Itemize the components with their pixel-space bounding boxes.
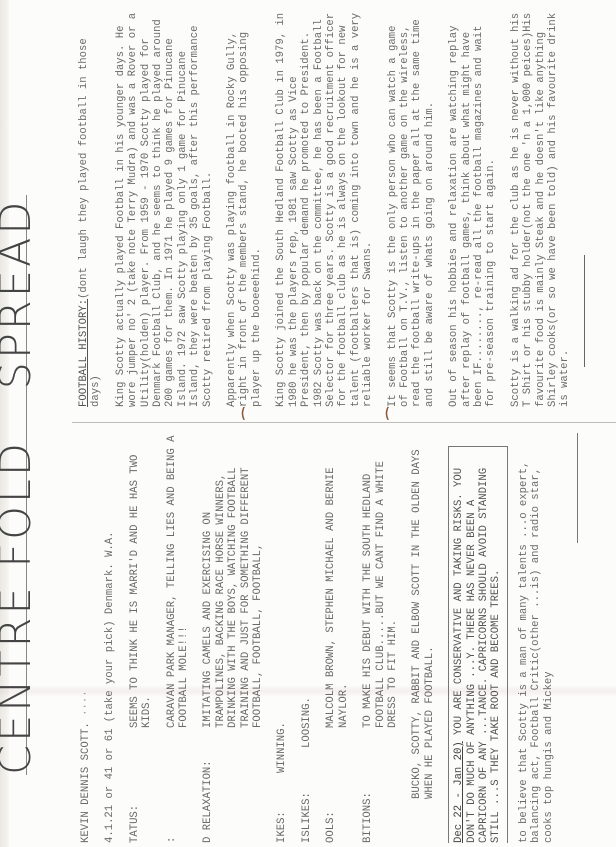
profile-field-status: TATUS: SEEMS TO THINK HE IS MARRI'D AND … [129,433,154,843]
history-paragraph: Scotty is a walking ad for the club as h… [510,7,572,407]
horoscope-box: Dec 22 - Jan 20) YOU ARE CONSERVATIVE AN… [448,446,508,843]
history-paragraph: Out of season his hobbies and relaxation… [448,7,498,407]
profile-name: KEVIN DENNIS SCOTT. ···· [80,433,92,843]
history-column: FOOTBALL HISTORY:(dont laugh they played… [78,7,585,407]
history-heading-line: FOOTBALL HISTORY:(dont laugh they played… [78,7,103,407]
profile-birth: 4.1.21 or 41 or 61 (take your pick) Denm… [104,433,116,843]
history-paragraph: It seems that Scotty is the only person … [387,7,437,407]
history-paragraph: Apparently when Scotty was playing footb… [226,7,263,407]
tick-mark: ⁀ [246,408,258,419]
title-word-spread: SPREAD [0,199,41,390]
closing-text: to believe that Scotty is a man of many … [518,433,555,843]
profile-nicknames: BUCKO, SCOTTY, RABBIT AND ELBOW SCOTT IN… [411,433,436,843]
profile-field-likes: IKES: WINNING. [276,433,288,843]
profile-field-dislikes: ISLIKES: LOOSING. [301,433,313,843]
history-heading: FOOTBALL HISTORY: [78,299,90,407]
profile-field-occupation: : CARAVAN PARK MANAGER, TELLING LIES AND… [166,433,191,843]
profile-field-ambitions: BITIONS: TO MAKE HIS DEBUT WITH THE SOUT… [362,433,399,843]
title-word-fold: FOLD [0,440,41,568]
closing-rule [577,433,578,543]
page-title: CENTRE FOLD SPREAD [10,195,27,775]
profile-field-relaxation: D RELAXATION: IMITATING CAMELS AND EXERC… [202,433,264,843]
profile-field-idols: OOLS: MALCOLM BROWN, STEPHEN MICHAEL AND… [325,433,350,843]
horoscope-dates: Dec 22 - Jan 20) [453,741,465,843]
tick-mark: ⁀ [390,408,402,419]
profile-column: KEVIN DENNIS SCOTT. ···· 4.1.21 or 41 or… [80,433,578,843]
history-paragraph: King Scotty joined the South Hedland Foo… [275,7,374,407]
scanned-newsletter-page: CENTRE FOLD SPREAD ⁀ ⁀ KEVIN DENNIS SCOT… [0,0,616,847]
history-paragraph: King Scotty actually played Football in … [115,7,214,407]
title-word-centre: CENTRE [0,584,41,775]
column-divider [72,422,616,423]
end-rule [584,255,585,367]
